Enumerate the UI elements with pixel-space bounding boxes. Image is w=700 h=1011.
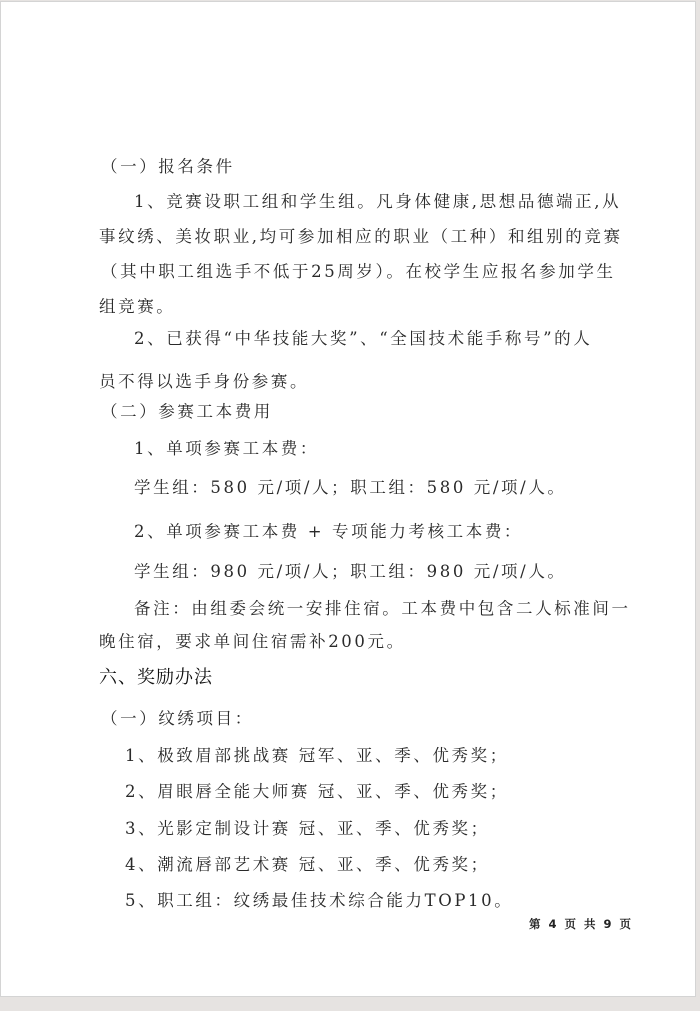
award-item: 2、眉眼唇全能大师赛 冠、亚、季、优秀奖； [125, 782, 509, 802]
paragraph-line: 2、单项参赛工本费 + 专项能力考核工本费： [134, 522, 523, 542]
page-number: 第 4 页 共 9 页 [529, 916, 633, 932]
paragraph-line: 1、单项参赛工本费： [134, 439, 319, 459]
paragraph-line: （二）参赛工本费用 [101, 402, 273, 422]
document-page: （一）报名条件1、竞赛设职工组和学生组。凡身体健康,思想品德端正,从事纹绣、美妆… [0, 1, 696, 997]
paragraph-line: 备注：由组委会统一安排住宿。工本费中包含二人标准间一 [134, 599, 631, 619]
paragraph-line: 晚住宿，要求单间住宿需补200元。 [99, 632, 406, 652]
paragraph-line: 事纹绣、美妆职业,均可参加相应的职业（工种）和组别的竞赛 [99, 227, 623, 247]
paragraph-line: 1、竞赛设职工组和学生组。凡身体健康,思想品德端正,从 [134, 192, 621, 212]
award-item: 1、极致眉部挑战赛 冠军、亚、季、优秀奖； [125, 746, 509, 766]
paragraph-line: （一）报名条件 [101, 157, 235, 177]
subsection-heading: （一）纹绣项目： [101, 709, 254, 729]
award-item: 3、光影定制设计赛 冠、亚、季、优秀奖； [125, 819, 490, 839]
paragraph-line: 学生组：980 元/项/人；职工组：980 元/项/人。 [134, 562, 567, 582]
paragraph-line: （其中职工组选手不低于25周岁）。在校学生应报名参加学生 [101, 262, 616, 282]
paragraph-line: 2、已获得“中华技能大奖”、“全国技术能手称号”的人 [134, 329, 592, 349]
paragraph-line: 学生组：580 元/项/人；职工组：580 元/项/人。 [134, 478, 567, 498]
award-item: 4、潮流唇部艺术赛 冠、亚、季、优秀奖； [125, 855, 490, 875]
award-item: 5、职工组：纹绣最佳技术综合能力TOP10。 [125, 891, 513, 911]
paragraph-line: 组竞赛。 [99, 297, 175, 317]
paragraph-line: 员不得以选手身份参赛。 [99, 372, 309, 392]
section-heading: 六、奖励办法 [99, 668, 213, 688]
